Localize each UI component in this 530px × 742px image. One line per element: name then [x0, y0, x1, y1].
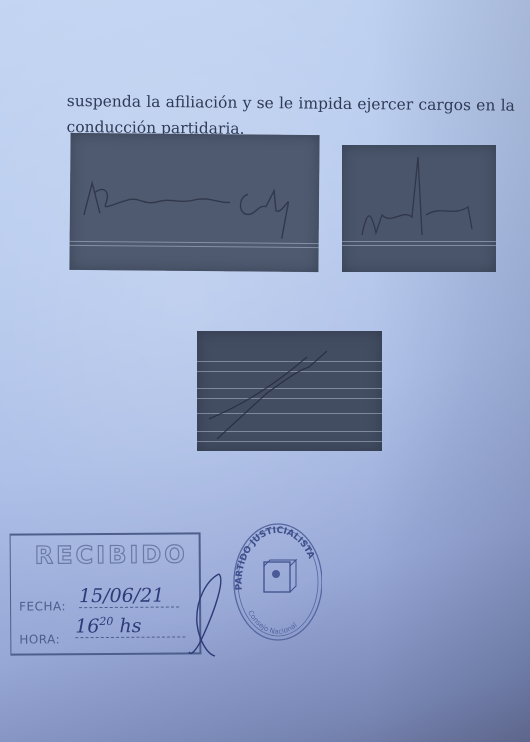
- signature-scribble-icon: [197, 331, 382, 451]
- svg-text:Consejo Nacional: Consejo Nacional: [246, 609, 299, 636]
- party-seal: PARTIDO JUSTICIALISTA Consejo Nacional: [230, 520, 322, 642]
- seal-bottom-text: Consejo Nacional: [246, 609, 299, 636]
- time-label: HORA:: [19, 632, 60, 646]
- redacted-signature-2: [342, 145, 496, 272]
- received-stamp: RECIBIDO FECHA: 15/06/21 HORA: 1620 hs: [10, 532, 202, 655]
- signature-scribble-icon: [69, 133, 319, 272]
- initials-scribble-icon: [185, 570, 227, 660]
- date-value: 15/06/21: [79, 584, 179, 608]
- stamp-title: RECIBIDO: [35, 540, 188, 569]
- date-label: FECHA:: [19, 599, 66, 613]
- time-value: 1620 hs: [75, 614, 185, 638]
- signature-scribble-icon: [342, 145, 496, 272]
- redacted-signature-3: [197, 331, 382, 451]
- party-emblem-icon: [264, 560, 296, 592]
- redacted-signature-1: [69, 133, 319, 272]
